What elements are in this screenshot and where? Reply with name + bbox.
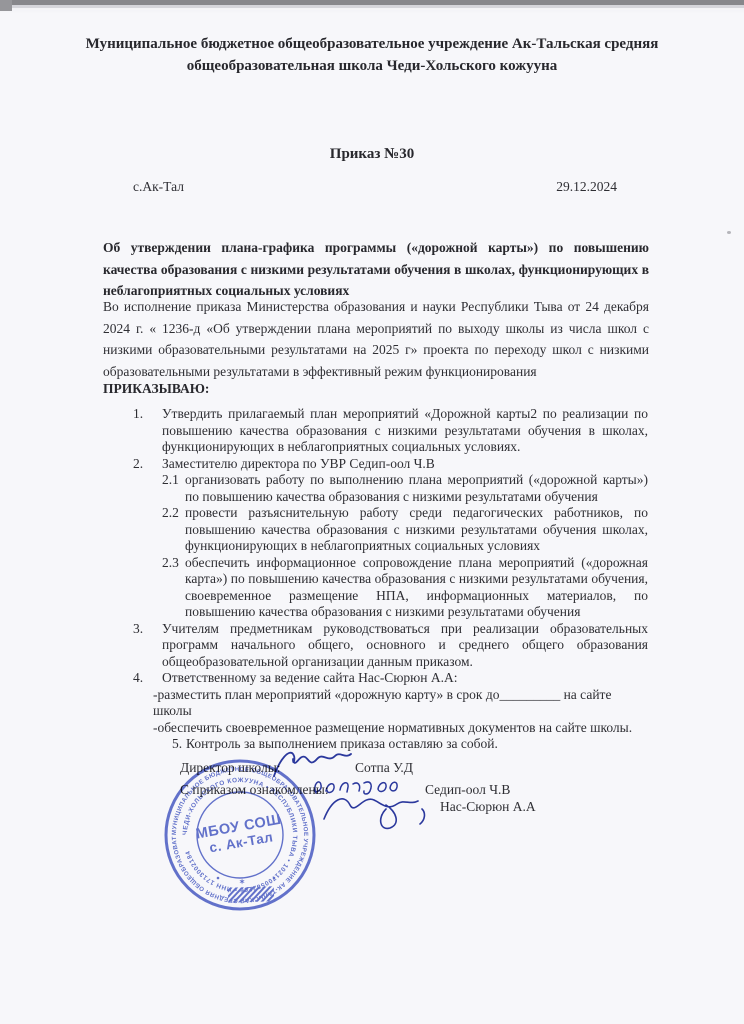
item-number: 2.2 [162,505,185,555]
item-text: организовать работу по выполнению плана … [185,472,648,505]
order-preamble: Во исполнение приказа Министерства образ… [103,296,649,382]
scan-speck [727,231,731,234]
order-title: Приказ №30 [0,146,744,163]
list-item-3: 3. Учителям предметникам руководствовать… [133,621,648,671]
item-4-dash-line-1: -разместить план мероприятий «дорожную к… [133,687,648,720]
item-text: Ответственному за ведение сайта Нас-Сюрю… [162,670,648,687]
item-4-dash-line-2: -обеспечить своевременное размещение нор… [133,720,648,737]
stamp-dot-right [273,877,276,880]
list-item-2: 2. Заместителю директора по УВР Седип-оо… [133,456,648,473]
place-date-row: с.Ак-Тал 29.12.2024 [133,179,617,195]
list-item-2-2: 2.2 провести разъяснительную работу сред… [133,505,648,555]
order-items: 1. Утвердить прилагаемый план мероприяти… [133,406,648,753]
item-text: Заместителю директора по УВР Седип-оол Ч… [162,456,648,473]
handwritten-signatures [260,745,460,840]
item-number: 2.3 [162,555,185,621]
item-number: 2. [133,456,162,473]
date-label: 29.12.2024 [556,179,617,195]
item-text: провести разъяснительную работу среди пе… [185,505,648,555]
item-number: 1. [133,406,162,456]
place-label: с.Ак-Тал [133,179,184,195]
stamp-dot-left [217,877,220,880]
ack2-signature-ink [324,799,424,829]
scan-edge-shadow [0,5,744,8]
list-item-1: 1. Утвердить прилагаемый план мероприяти… [133,406,648,456]
list-item-2-1: 2.1 организовать работу по выполнению пл… [133,472,648,505]
item-number: 3. [133,621,162,671]
stamp-hatch-block [228,886,274,903]
ack1-signature-ink [314,782,397,794]
order-heading: ПРИКАЗЫВАЮ: [103,381,209,397]
scanned-order-document: Муниципальное бюджетное общеобразователь… [0,0,744,1024]
org-name: Муниципальное бюджетное общеобразователь… [82,33,662,77]
list-item-4: 4. Ответственному за ведение сайта Нас-С… [133,670,648,687]
item-number: 4. [133,670,162,687]
scan-corner-mark [0,0,12,11]
order-subject: Об утверждении плана-графика программы (… [103,237,649,302]
item-text: Утвердить прилагаемый план мероприятий «… [162,406,648,456]
director-signature-ink [274,753,351,776]
stamp-star: ✶ [239,878,245,886]
item-text: Учителям предметникам руководствоваться … [162,621,648,671]
list-item-2-3: 2.3 обеспечить информационное сопровожде… [133,555,648,621]
item-number: 2.1 [162,472,185,505]
item-text: обеспечить информационное сопровождение … [185,555,648,621]
